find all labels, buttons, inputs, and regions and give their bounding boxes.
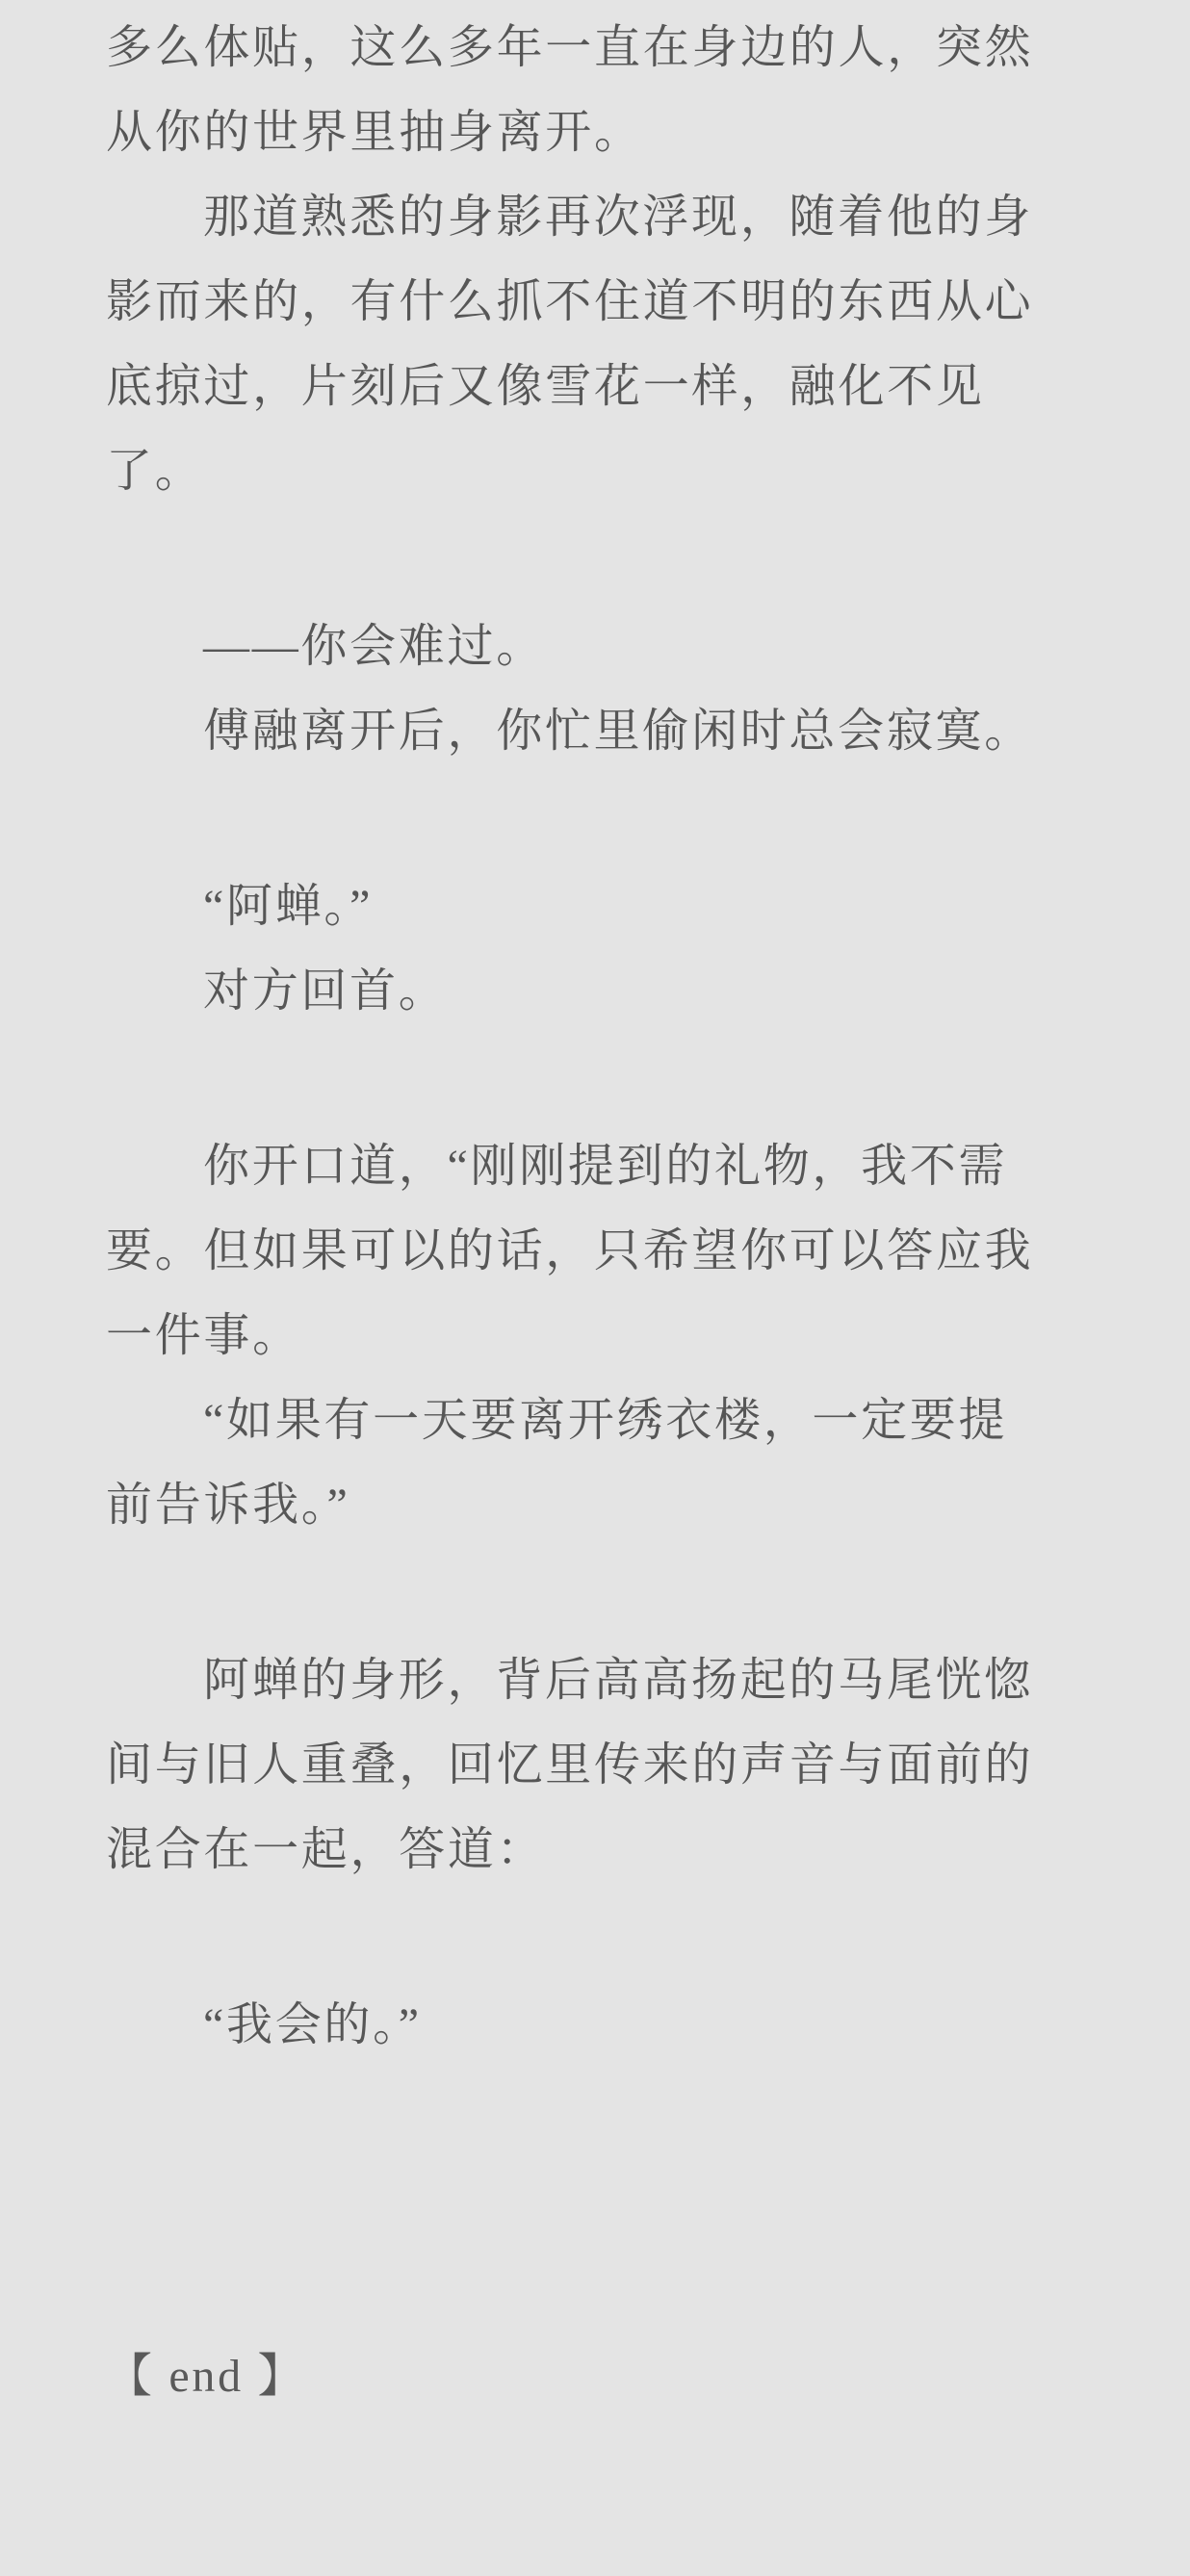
- text-line: 影而来的，有什么抓不住道不明的东西从心: [106, 260, 1088, 345]
- text-line: 多么体贴，这么多年一直在身边的人，突然: [106, 6, 1088, 90]
- paragraph-gap: [106, 1034, 1088, 1124]
- text-line: 一件事。: [106, 1294, 1088, 1378]
- paragraph-gap: [106, 1548, 1088, 1638]
- text-line: 了。: [106, 429, 1088, 514]
- text-line: “我会的。”: [106, 1983, 1088, 2068]
- text-line: 那道熟悉的身影再次浮现，随着他的身: [106, 175, 1088, 260]
- text-line: 阿蝉的身形，背后高高扬起的马尾恍惚: [106, 1638, 1088, 1723]
- text-line: 要。但如果可以的话，只希望你可以答应我: [106, 1209, 1088, 1294]
- paragraph-gap: [106, 774, 1088, 864]
- text-line: 底掠过，片刻后又像雪花一样，融化不见: [106, 345, 1088, 429]
- paragraph-gap: [106, 1893, 1088, 1983]
- end-marker: 【 end 】: [106, 2334, 1088, 2419]
- text-line: 混合在一起，答道：: [106, 1808, 1088, 1893]
- section-end-gap: [106, 2068, 1088, 2334]
- text-line: “阿蝉。”: [106, 864, 1088, 949]
- text-line: 傅融离开后，你忙里偷闲时总会寂寞。: [106, 689, 1088, 774]
- text-line: 从你的世界里抽身离开。: [106, 90, 1088, 175]
- reader-page: 多么体贴，这么多年一直在身边的人，突然 从你的世界里抽身离开。 那道熟悉的身影再…: [0, 0, 1190, 2576]
- text-line: 你开口道，“刚刚提到的礼物，我不需: [106, 1124, 1088, 1209]
- text-line: 前告诉我。”: [106, 1463, 1088, 1548]
- text-line: 对方回首。: [106, 949, 1088, 1034]
- text-line: “如果有一天要离开绣衣楼，一定要提: [106, 1378, 1088, 1463]
- paragraph-gap: [106, 514, 1088, 605]
- text-line: ——你会难过。: [106, 605, 1088, 689]
- text-line: 间与旧人重叠，回忆里传来的声音与面前的: [106, 1723, 1088, 1808]
